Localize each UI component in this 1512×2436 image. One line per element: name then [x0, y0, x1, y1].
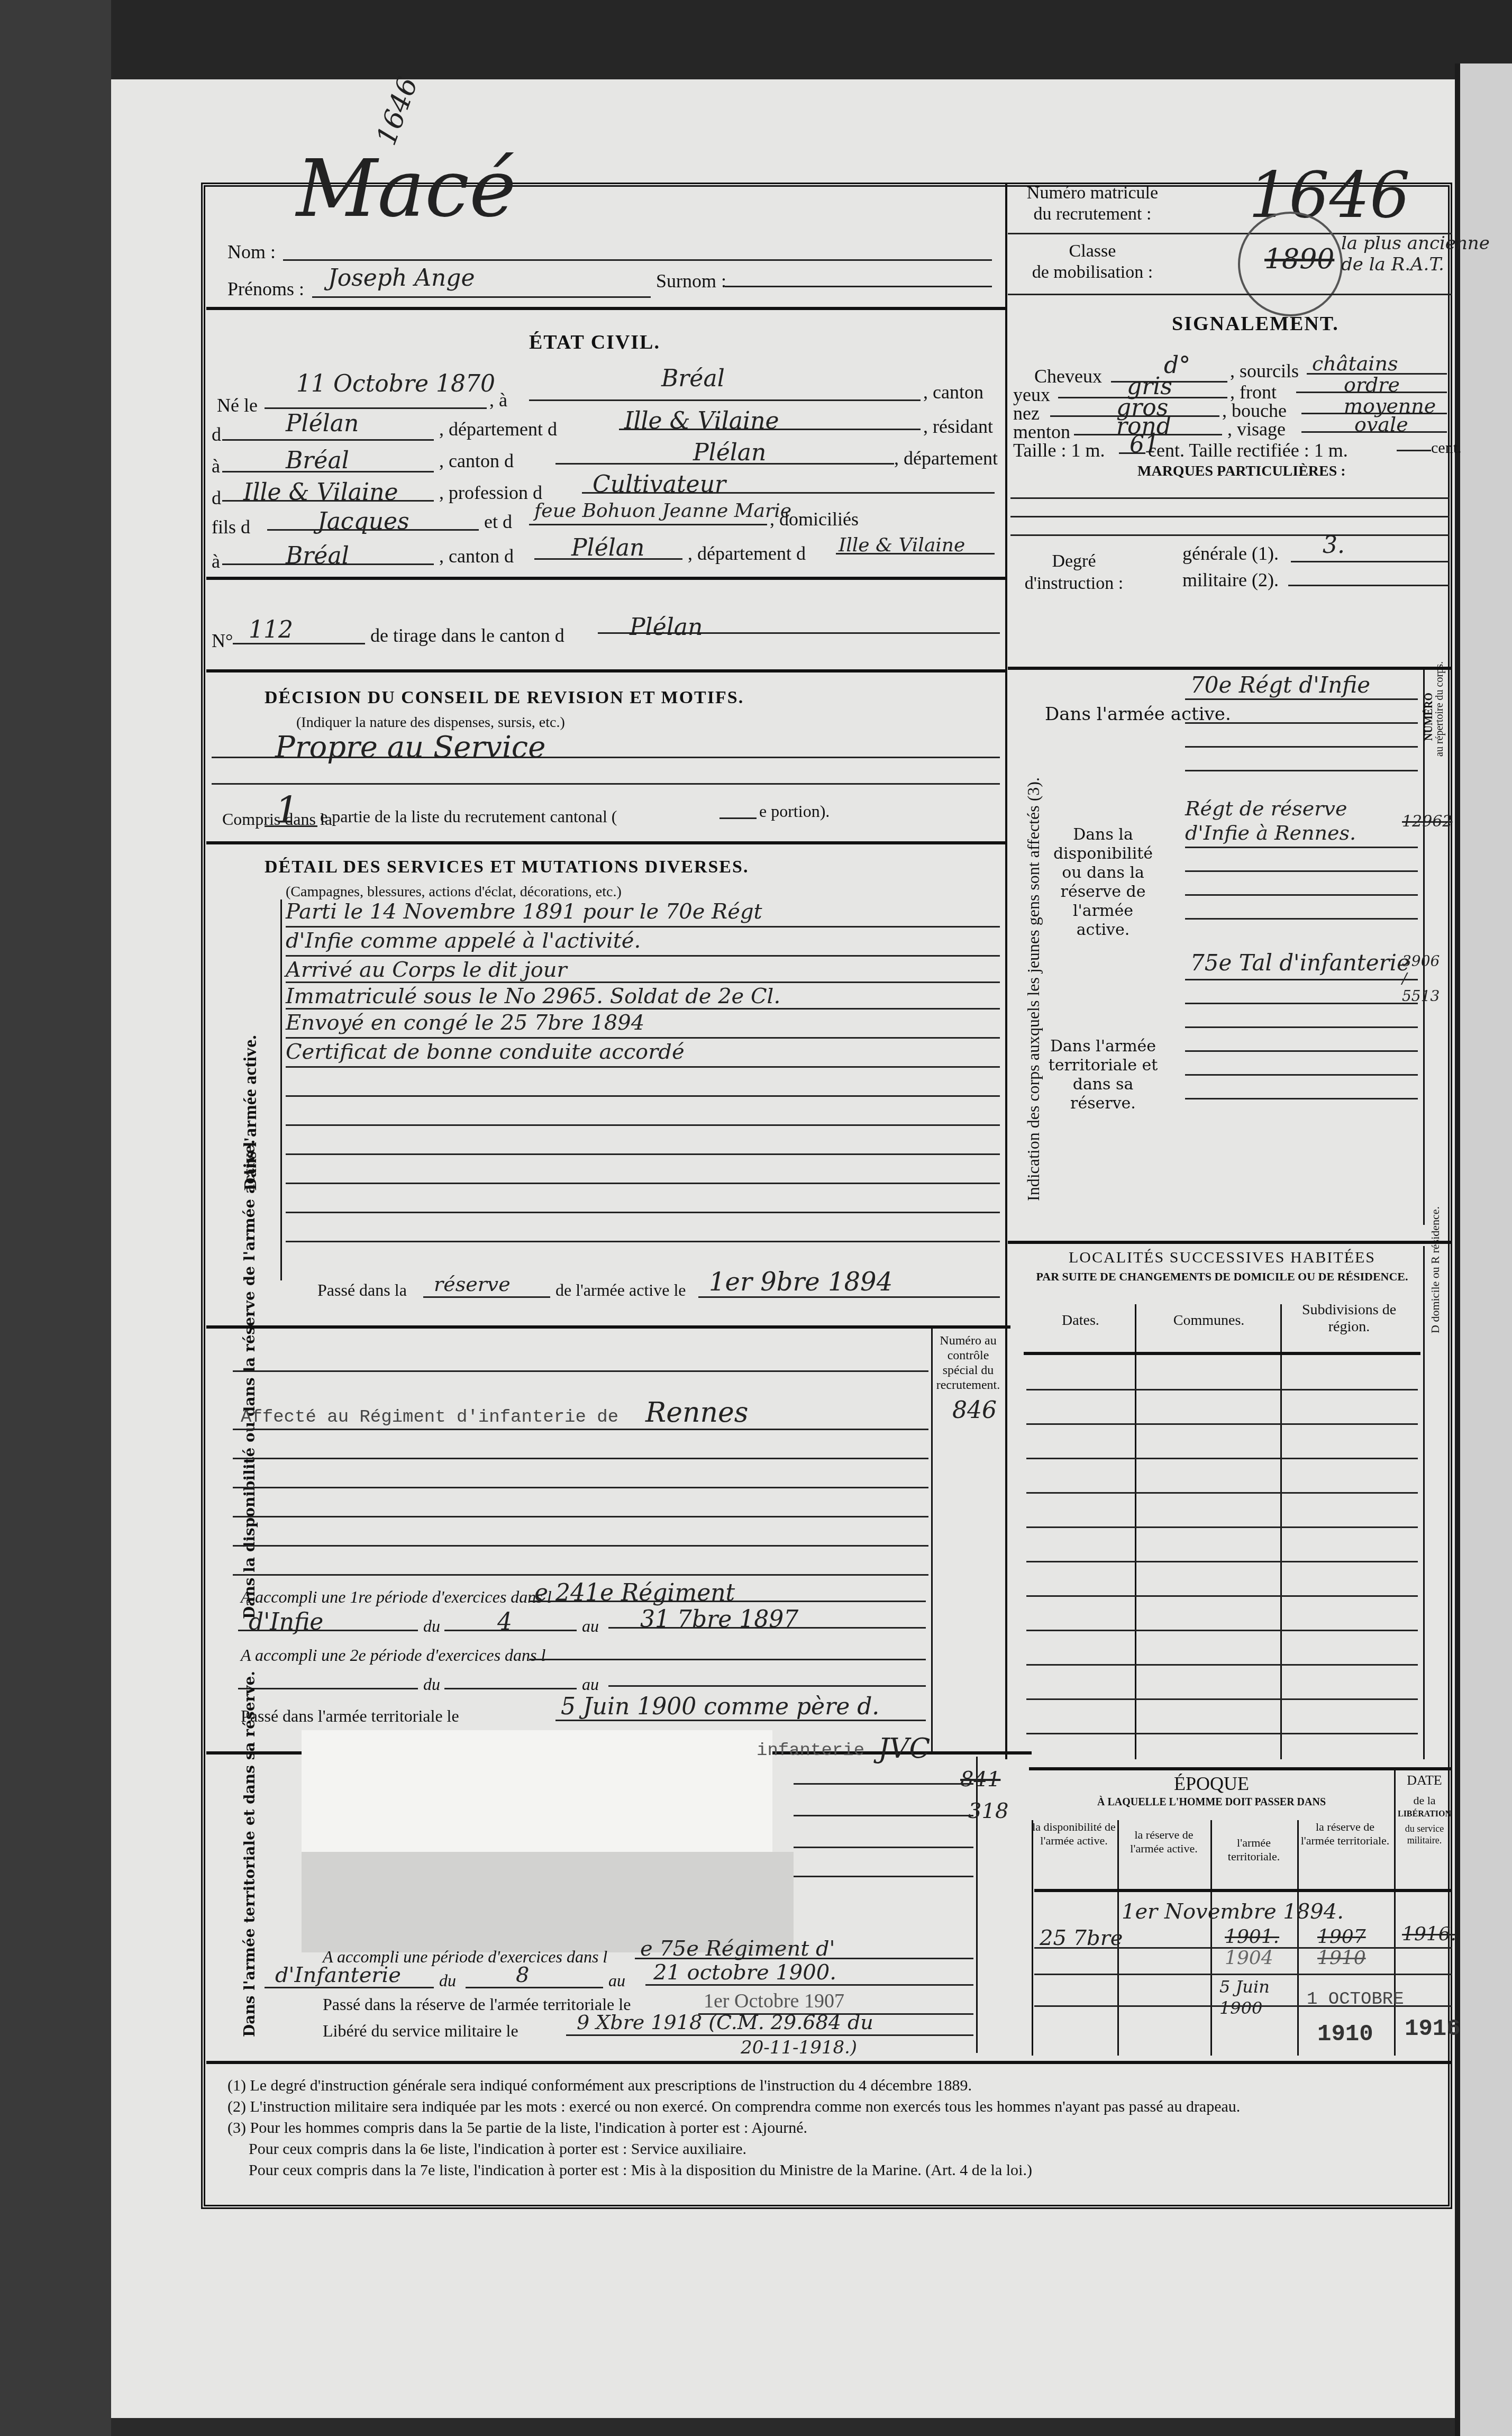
table-row-line: [1026, 1561, 1418, 1562]
field-line: [286, 955, 1000, 957]
territoriale-numero: 318: [968, 1799, 1008, 1823]
field-line: [286, 1183, 1000, 1184]
d-label: d: [212, 487, 221, 509]
libere-value-2: 20-11-1918.): [741, 2037, 857, 2058]
field-line: [698, 1296, 1000, 1298]
decision-value: Propre au Service: [275, 730, 545, 765]
field-line: [1185, 870, 1418, 872]
field-line: [1010, 534, 1450, 536]
passe-reserve-label2: de l'armée active le: [555, 1280, 686, 1300]
disponibilite-numero-label: Numéro au contrôle spécial du recrutemen…: [934, 1333, 1003, 1393]
ne-le-value: 11 Octobre 1870: [296, 370, 495, 397]
epoque-row1-reserve-territoriale: 1907: [1317, 1926, 1366, 1948]
canton-label: , canton d: [439, 545, 514, 567]
section-rule: [206, 1325, 1010, 1329]
d-label: d: [212, 423, 221, 446]
field-line: [555, 463, 894, 465]
localites-header-rule: [1024, 1352, 1420, 1355]
pere-value: Jacques: [317, 508, 409, 535]
canton-naissance-value: Plélan: [286, 410, 359, 437]
localites-col-subdivisions: Subdivisions de région.: [1280, 1302, 1418, 1335]
sourcils-label: , sourcils: [1230, 360, 1299, 382]
corps-section-value: 70e Régt d'Infie: [1190, 672, 1370, 698]
column-divider: [1297, 1820, 1299, 2056]
taille-rectifiee-label: cent. Taille rectifiée : 1 m.: [1148, 439, 1348, 461]
field-line: [794, 1847, 973, 1848]
departement-naissance-value: Ille & Vilaine: [624, 407, 779, 434]
section-rule: [206, 669, 1005, 672]
column-divider: [1032, 1820, 1033, 2056]
classe-label-line2: de mobilisation :: [1032, 262, 1153, 282]
corps-section-label: Dans l'armée active.: [1045, 704, 1161, 725]
residant-label: , résidant: [923, 415, 993, 438]
territoriale-periode-au: 21 octobre 1900.: [653, 1960, 836, 1985]
table-row-line: [1026, 1733, 1418, 1734]
field-line: [582, 492, 995, 494]
epoque-subtitle: À LAQUELLE L'HOMME DOIT PASSER DANS: [1032, 1796, 1391, 1808]
passe-reserve-value: réserve: [434, 1272, 511, 1296]
territoriale-side-label: Dans l'armée territoriale et dans sa rés…: [241, 1671, 258, 2037]
tirage-label: de tirage dans le canton d: [370, 624, 564, 647]
periode1-du: 4: [497, 1608, 512, 1635]
column-divider: [1423, 1246, 1425, 1759]
signalement-title: SIGNALEMENT.: [1172, 312, 1339, 335]
instruction-label-line2: d'instruction :: [1025, 574, 1124, 593]
prenoms-value: Joseph Ange: [328, 265, 475, 292]
epoque-row1-liberation: 1916.: [1402, 1923, 1456, 1945]
adjacent-page-edge: [1455, 63, 1512, 2436]
field-line: [794, 1815, 973, 1816]
affecte-stamp: Affecté au Régiment d'infanterie de: [241, 1407, 618, 1428]
du-label: du: [423, 1616, 440, 1636]
field-line: [1010, 497, 1450, 499]
field-line: [238, 1688, 418, 1689]
field-line: [836, 553, 995, 555]
field-line: [286, 1037, 1000, 1039]
field-line: [444, 1630, 577, 1631]
table-row-line: [1026, 1458, 1418, 1459]
field-line: [233, 1487, 928, 1488]
epoque-row2-reserve-territoriale: 1910: [1317, 1947, 1366, 1969]
instruction-generale-value: 3.: [1323, 532, 1345, 559]
marques-title: MARQUES PARTICULIÈRES :: [1137, 463, 1346, 480]
field-line: [1185, 1003, 1418, 1004]
section-rule: [1008, 1241, 1452, 1244]
domicilies-label: , domiciliés: [770, 508, 859, 530]
corps-section-value: 75e Tal d'infanterie: [1190, 950, 1410, 976]
field-line: [233, 1574, 928, 1576]
prenoms-line: [312, 296, 651, 298]
field-line: [1185, 698, 1418, 700]
field-line: [286, 1153, 1000, 1155]
affecte-ville: Rennes: [645, 1397, 748, 1429]
footnote-1: (1) Le degré d'instruction générale sera…: [227, 2077, 972, 2095]
departement-label: , département d: [688, 542, 806, 565]
a-label: à: [212, 550, 220, 572]
field-line: [534, 558, 682, 560]
departement-label: , département: [894, 447, 998, 469]
table-row-line: [1026, 1423, 1418, 1425]
service-line: Parti le 14 Novembre 1891 pour le 70e Ré…: [286, 899, 762, 924]
territoriale-stamp-text: infanterie: [757, 1741, 864, 1761]
territoriale-stamp-note: JVC: [878, 1733, 930, 1765]
et-label: et d: [484, 511, 512, 533]
field-line: [1397, 450, 1431, 451]
canton-parents-value: Plélan: [571, 534, 644, 561]
field-line: [794, 1783, 973, 1785]
field-line: [233, 1370, 928, 1372]
service-line: d'Infie comme appelé à l'activité.: [286, 929, 641, 953]
canton-label: , canton: [923, 381, 983, 403]
field-line: [1185, 894, 1418, 896]
field-line: [608, 1685, 926, 1687]
field-line: [1185, 1074, 1418, 1076]
classe-rule: [1008, 294, 1452, 295]
epoque-header-rule: [1034, 1889, 1452, 1892]
classe-note: la plus anciennede la R.A.T.: [1341, 233, 1490, 275]
epoque-row4-liberation-stamp: 1916: [1405, 2016, 1461, 2042]
field-line: [555, 1720, 926, 1721]
section-rule: [1029, 1767, 1452, 1770]
field-line: [1185, 1098, 1418, 1099]
field-line: [529, 524, 767, 525]
field-line: [238, 1630, 418, 1631]
au-label: au: [582, 1675, 599, 1694]
footnote-3c: Pour ceux compris dans la 7e liste, l'in…: [249, 2161, 1032, 2179]
table-row-line: [1034, 1974, 1452, 1975]
au-label: au: [608, 1971, 625, 1990]
tirage-canton: Plélan: [630, 614, 703, 641]
disponibilite-side-label: Dans la disponibilité ou dans la réserve…: [241, 1140, 258, 1620]
periode1-label: A accompli une 1re période d'exercices d…: [241, 1587, 552, 1607]
epoque-col-disponibilite: la disponibilité de l'armée active.: [1032, 1820, 1116, 1848]
matricule-label-line2: du recrutement :: [1034, 204, 1152, 224]
section-rule: [206, 841, 1005, 844]
epoque-col-territoriale: l'armée territoriale.: [1212, 1836, 1296, 1864]
section-rule: [206, 577, 1005, 580]
field-line: [212, 757, 1000, 758]
date-liberation-sub1: de la: [1397, 1794, 1452, 1807]
du-label: du: [423, 1675, 440, 1694]
table-row-line: [1026, 1526, 1418, 1528]
epoque-row1-territoriale: 1901.: [1225, 1926, 1279, 1948]
field-line: [286, 1212, 1000, 1213]
a-label: à: [212, 455, 220, 477]
sourcils-value: châtains: [1312, 352, 1398, 375]
table-row-line: [1026, 1595, 1418, 1597]
corps-section-numero: 12962: [1402, 812, 1452, 831]
bracket: [280, 899, 282, 1280]
territoriale-periode-corps2: d'Infanterie: [275, 1963, 401, 1987]
visage-label: , visage: [1227, 418, 1286, 440]
canton-residence-value: Plélan: [693, 439, 766, 466]
field-line: [466, 1987, 603, 1988]
epoque-title: ÉPOQUE: [1032, 1773, 1391, 1795]
libere-label: Libéré du service militaire le: [323, 2021, 518, 2041]
periode1-corps: e 241e Régiment: [534, 1579, 735, 1606]
scan-background: [0, 0, 1512, 79]
field-line: [423, 1296, 550, 1298]
etat-civil-title: ÉTAT CIVIL.: [529, 331, 660, 354]
field-line: [233, 1516, 928, 1517]
footnote-2: (2) L'instruction militaire sera indiqué…: [227, 2098, 1240, 2116]
column-divider: [1210, 1820, 1212, 2056]
epoque-col-reserve-territoriale: la réserve de l'armée territoriale.: [1299, 1820, 1391, 1848]
passe-reserve-label: Passé dans la: [317, 1280, 407, 1300]
field-line: [1185, 918, 1418, 920]
fils-label: fils d: [212, 516, 250, 538]
table-row-line: [1026, 1492, 1418, 1494]
prenoms-label: Prénoms :: [227, 278, 304, 300]
field-line: [444, 1688, 577, 1689]
service-line: Arrivé au Corps le dit jour: [286, 958, 567, 982]
pasted-paper-patch: [302, 1730, 772, 1852]
table-row-line: [1034, 2005, 1452, 2007]
field-line: [222, 471, 434, 472]
field-line: [794, 1876, 973, 1877]
field-line: [286, 926, 1000, 928]
residence-value: Bréal: [286, 447, 349, 474]
field-line: [1185, 1050, 1418, 1052]
profession-label: , profession d: [439, 481, 542, 504]
cent-label: cent.: [1431, 439, 1461, 457]
field-line: [598, 632, 1000, 634]
field-line: [286, 1066, 1000, 1068]
column-divider: [1423, 669, 1425, 1225]
date-liberation-sub3: du service militaire.: [1397, 1823, 1452, 1846]
mere-value: feue Bohuon Jeanne Marie: [534, 500, 791, 522]
field-line: [233, 1429, 928, 1430]
classe-note-line2: de la R.A.T.: [1341, 254, 1444, 275]
field-line: [529, 399, 921, 401]
field-line: [1301, 431, 1447, 433]
territoriale-periode-du: 8: [516, 1963, 529, 1987]
date-liberation-title: DATE: [1397, 1773, 1452, 1788]
field-line: [233, 1458, 928, 1459]
tirage-no-label: N°: [212, 630, 233, 652]
column-divider: [931, 1328, 933, 1751]
corps-side-label: Indication des corps auxquels les jeunes…: [1024, 777, 1043, 1201]
matricule-label-line1: Numéro matricule: [1027, 183, 1158, 203]
services-title: DÉTAIL DES SERVICES ET MUTATIONS DIVERSE…: [265, 857, 749, 877]
field-line: [222, 563, 434, 565]
corps-section-value: Régt de réserve d'Infie à Rennes.: [1185, 796, 1418, 845]
field-line: [233, 643, 365, 644]
field-line: [286, 1008, 1000, 1010]
portion-label: e portion).: [759, 802, 830, 821]
field-line: [265, 1987, 434, 1988]
classe-note-line1: la plus ancienne: [1341, 233, 1490, 254]
field-line: [212, 783, 1000, 785]
passe-territoriale-label: Passé dans l'armée territoriale le: [241, 1706, 459, 1726]
column-divider: [1135, 1304, 1136, 1759]
service-line: Certificat de bonne conduite accordé: [286, 1040, 685, 1064]
surnom-label: Surnom :: [656, 270, 726, 292]
matricule-label: Numéro matriculedu recrutement :: [1013, 183, 1172, 225]
footnote-3b: Pour ceux compris dans la 6e liste, l'in…: [249, 2140, 746, 2158]
passe-reserve-date: 1er 9bre 1894: [709, 1267, 892, 1297]
field-line: [645, 1984, 973, 1986]
surnom-line: [725, 286, 992, 287]
table-row-line: [1026, 1664, 1418, 1666]
section-rule: [206, 2061, 1452, 2064]
periode2-label: A accompli une 2e période d'exercices da…: [241, 1646, 545, 1665]
du-label: du: [439, 1971, 456, 1990]
localites-side-label: D domicile ou R résidence.: [1428, 1228, 1442, 1333]
profession-value: Cultivateur: [593, 471, 726, 498]
localites-title: LOCALITÉS SUCCESSIVES HABITÉES: [1021, 1249, 1423, 1267]
table-row-line: [1026, 1389, 1418, 1390]
field-line: [635, 1958, 973, 1959]
field-line: [267, 529, 479, 531]
decision-subtitle: (Indiquer la nature des dispenses, sursi…: [296, 714, 565, 731]
ne-le-label: Né le: [217, 394, 258, 416]
field-line: [286, 1241, 1000, 1242]
epoque-row1-reserve-top: 1er Novembre 1894.: [1122, 1899, 1344, 1924]
field-line: [1185, 770, 1418, 771]
field-line: [286, 1095, 1000, 1097]
localites-col-dates: Dates.: [1024, 1312, 1137, 1329]
tirage-numero: 112: [249, 616, 293, 643]
footnote-3: (3) Pour les hommes compris dans la 5e p…: [227, 2119, 807, 2137]
nom-line: [283, 259, 992, 261]
classe-label-line1: Classe: [1069, 241, 1116, 261]
field-line: [1288, 585, 1450, 586]
field-line: [286, 981, 1000, 983]
section-rule: [206, 307, 1005, 310]
au-label: au: [582, 1616, 599, 1636]
field-line: [1185, 847, 1418, 848]
field-line: [529, 1659, 926, 1660]
canton-label: , canton d: [439, 450, 514, 472]
column-divider: [1394, 1767, 1396, 2056]
lieu-naissance-value: Bréal: [661, 365, 725, 392]
instruction-label: Degréd'instruction :: [1021, 550, 1127, 595]
field-line: [1185, 722, 1418, 724]
field-line: [265, 825, 317, 827]
a-label: , à: [489, 389, 507, 411]
field-line: [265, 407, 487, 409]
domicile-parents-value: Bréal: [286, 542, 349, 569]
field-line: [1185, 1026, 1418, 1028]
libere-value: 9 Xbre 1918 (C.M. 29.684 du: [577, 2011, 873, 2034]
table-row-line: [1026, 1698, 1418, 1700]
field-line: [529, 1601, 926, 1602]
instruction-generale-label: générale (1).: [1182, 542, 1279, 565]
field-line: [1010, 516, 1450, 517]
services-subtitle: (Campagnes, blessures, actions d'éclat, …: [286, 884, 622, 901]
localites-col-communes: Communes.: [1137, 1312, 1280, 1329]
epoque-row4-reserve-territoriale-stamp: 1910: [1317, 2021, 1373, 2048]
table-row-line: [1026, 1630, 1418, 1631]
taille-label: Taille : 1 m.: [1013, 439, 1105, 461]
periode1-corps2: d'Infie: [249, 1608, 323, 1635]
nom-value: Macé: [296, 143, 516, 235]
column-divider: [1280, 1304, 1282, 1759]
field-line: [1119, 452, 1145, 454]
departement-label: , département d: [439, 418, 557, 440]
field-line: [1291, 561, 1450, 562]
date-liberation-sub2: LIBÉRATION: [1397, 1810, 1452, 1819]
epoque-row3-territoriale: 5 Juin 1900: [1219, 1976, 1294, 2019]
field-line: [719, 817, 757, 819]
scan-background-left: [0, 0, 111, 2436]
decision-title: DÉCISION DU CONSEIL DE REVISION ET MOTIF…: [265, 688, 744, 708]
field-line: [619, 429, 921, 430]
field-line: [566, 2034, 973, 2036]
section-rule: [1008, 667, 1452, 670]
field-line: [286, 1124, 1000, 1126]
epoque-row2-territoriale: 1904: [1225, 1947, 1273, 1969]
classe-value-struck: 1890: [1264, 243, 1334, 275]
corps-numero-label2: au répertoire du corps.: [1434, 661, 1446, 757]
passe-territoriale-value: 5 Juin 1900 comme père d.: [561, 1693, 879, 1720]
periode1-au: 31 7bre 1897: [640, 1606, 798, 1633]
partie-label: e partie de la liste du recrutement cant…: [320, 807, 617, 826]
instruction-label-line1: Degré: [1052, 551, 1096, 571]
field-line: [1185, 979, 1418, 980]
column-divider: [1005, 183, 1007, 1759]
territoriale-numero-struck: 841: [960, 1767, 1000, 1792]
field-line: [1296, 392, 1447, 393]
corps-section-label: Dans la disponibilité ou dans la réserve…: [1045, 825, 1161, 940]
disponibilite-numero: 846: [952, 1397, 997, 1424]
service-line: Immatriculé sous le No 2965. Soldat de 2…: [286, 984, 780, 1008]
passe-reserve-territoriale-value: 1er Octobre 1907: [704, 1989, 844, 2013]
corps-section-label: Dans l'armée territoriale et dans sa rés…: [1045, 1037, 1161, 1113]
nom-label: Nom :: [227, 241, 276, 263]
field-line: [1185, 746, 1418, 748]
field-line: [233, 1545, 928, 1547]
epoque-col-reserve: la réserve de l'armée active.: [1119, 1828, 1209, 1856]
field-line: [222, 439, 434, 441]
service-line: Envoyé en congé le 25 7bre 1894: [286, 1011, 644, 1035]
field-line: [608, 1627, 926, 1629]
classe-label: Classede mobilisation :: [1013, 241, 1172, 283]
departement-residence-value: Ille & Vilaine: [243, 479, 398, 506]
field-line: [222, 500, 434, 502]
instruction-militaire-label: militaire (2).: [1182, 569, 1279, 591]
localites-subtitle: PAR SUITE DE CHANGEMENTS DE DOMICILE OU …: [1021, 1270, 1423, 1284]
